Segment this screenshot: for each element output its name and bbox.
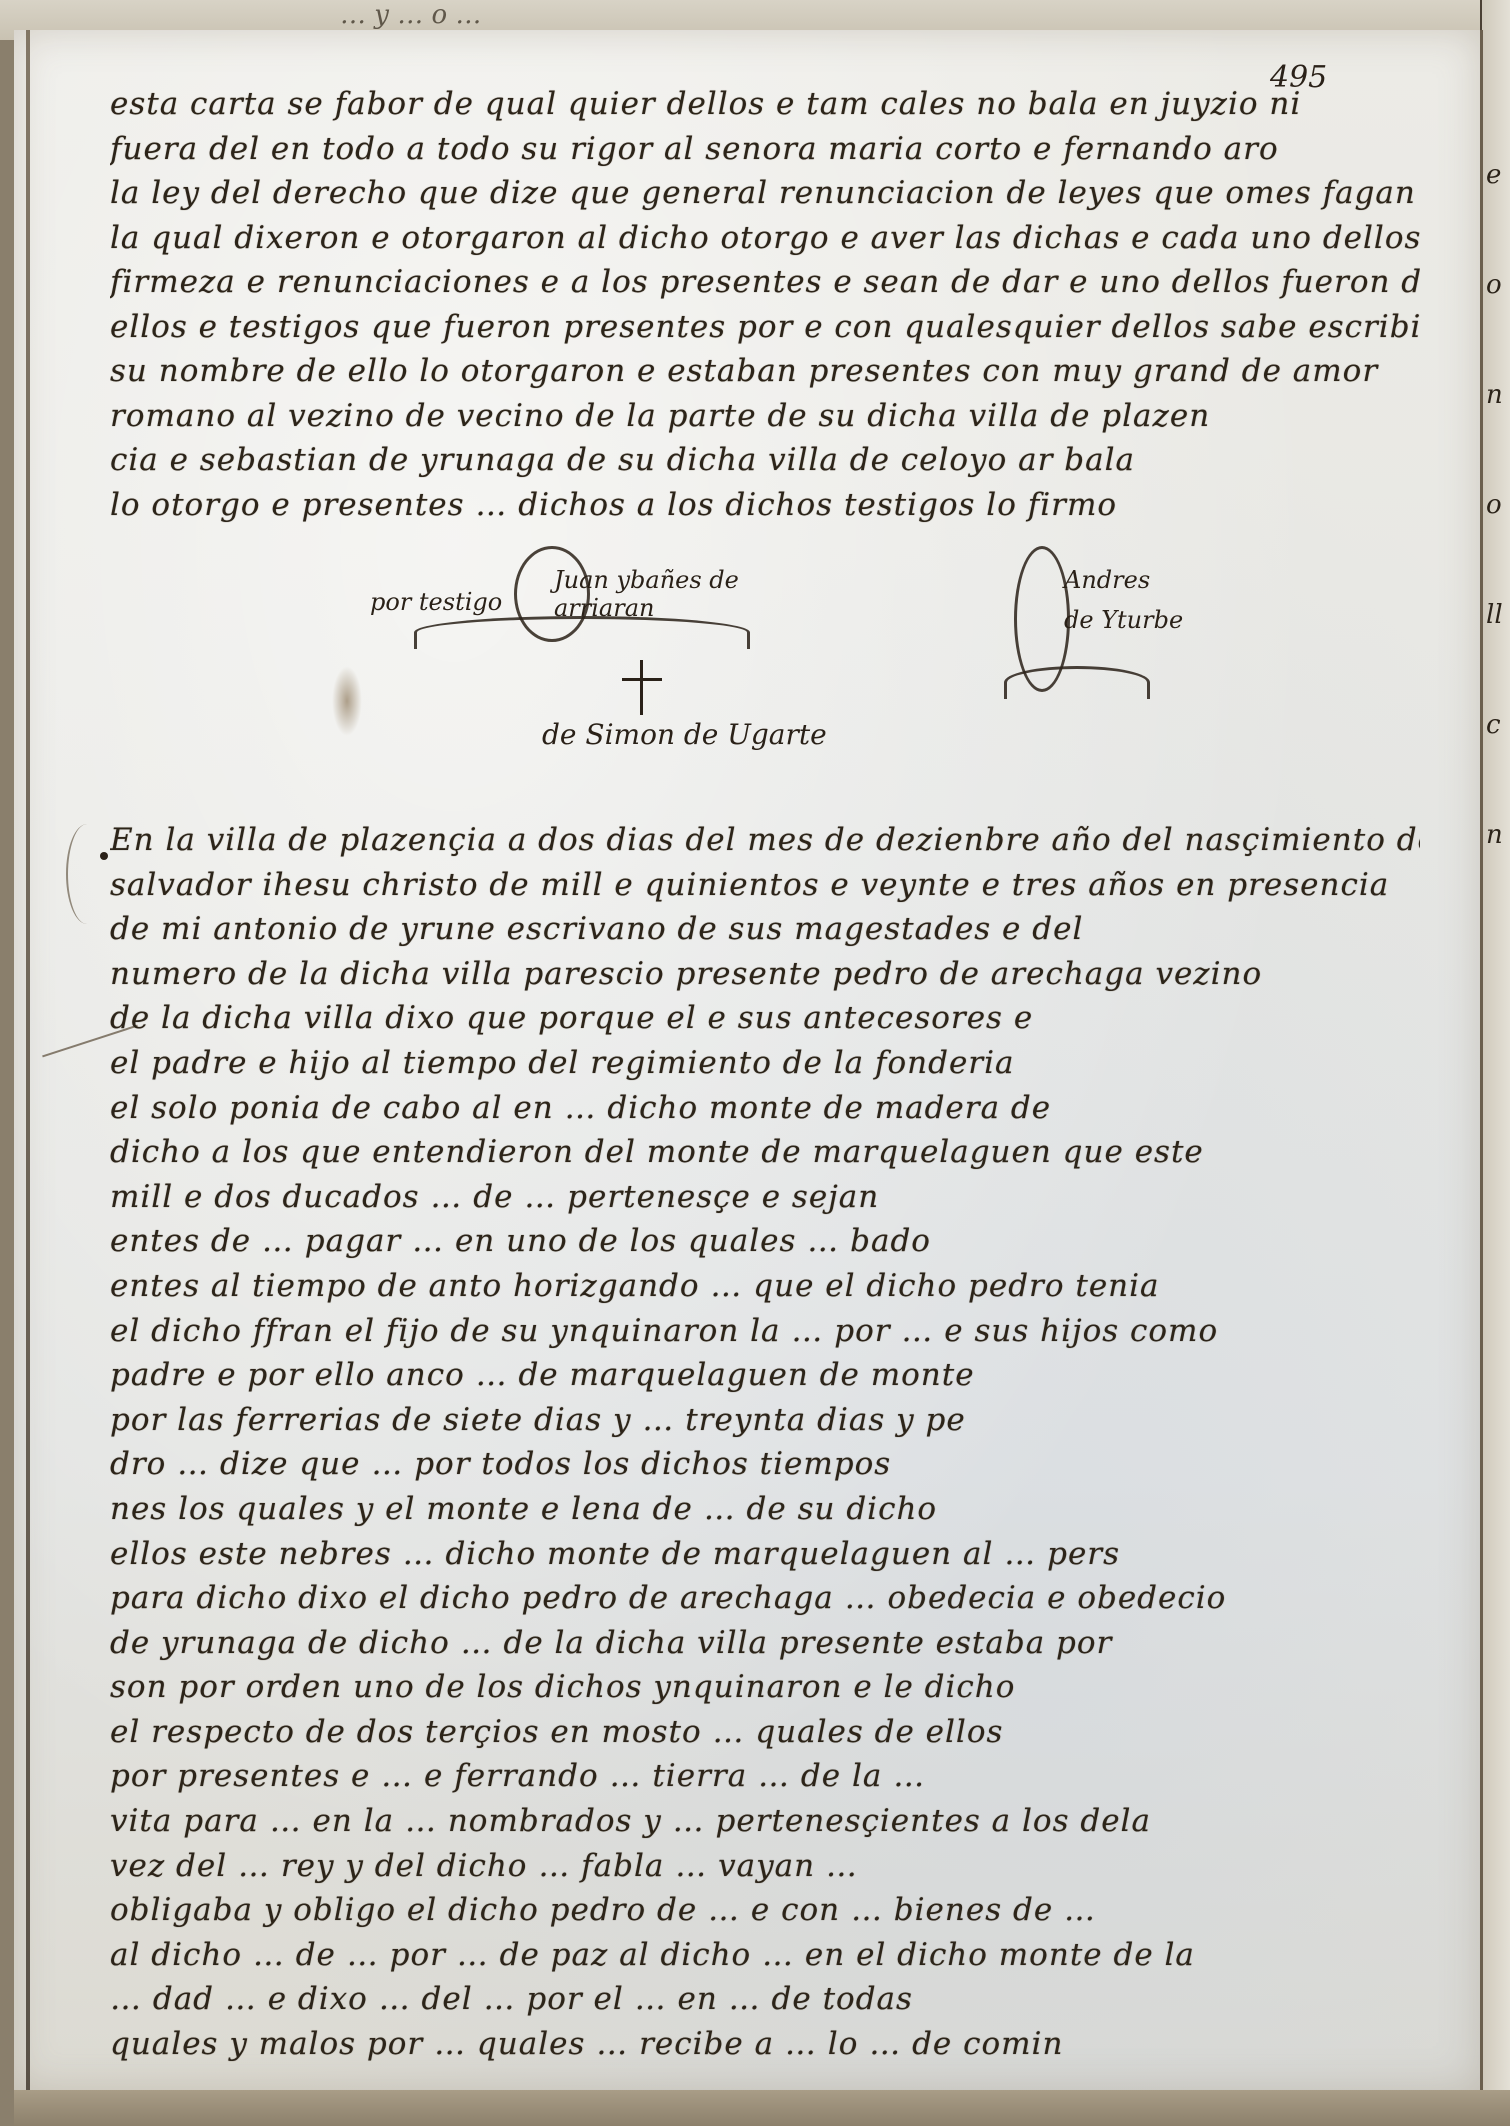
manuscript-line: dro … dize que … por todos los dichos ti… [110, 1442, 1420, 1487]
manuscript-line: la qual dixeron e otorgaron al dicho oto… [110, 216, 1420, 261]
manuscript-line: quales y malos por … quales … recibe a …… [110, 2022, 1420, 2067]
text-block-main-deed: En la villa de plazençia a dos dias del … [110, 818, 1420, 2067]
manuscript-line: el solo ponia de cabo al en … dicho mont… [110, 1086, 1420, 1131]
manuscript-line: de mi antonio de yrune escrivano de sus … [110, 907, 1420, 952]
manuscript-line: obligaba y obligo el dicho pedro de … e … [110, 1888, 1420, 1933]
manuscript-line: la ley del derecho que dize que general … [110, 171, 1420, 216]
binding-gutter-line [26, 30, 30, 2090]
manuscript-line: ellos e testigos que fueron presentes po… [110, 305, 1420, 350]
signature-right: Andres de Yturbe [1064, 566, 1183, 634]
manuscript-line: vez del … rey y del dicho … fabla … vaya… [110, 1844, 1420, 1889]
manuscript-line: ellos este nebres … dicho monte de marqu… [110, 1532, 1420, 1577]
margin-bracket-mark [66, 824, 108, 924]
manuscript-line: por las ferrerias de siete dias y … trey… [110, 1398, 1420, 1443]
ink-stain [332, 666, 362, 736]
manuscript-line: mill e dos ducados … de … pertenesçe e s… [110, 1175, 1420, 1220]
signature-underline-flourish [414, 616, 750, 649]
manuscript-line: lo otorgo e presentes … dichos a los dic… [110, 483, 1420, 528]
cross-mark-icon [622, 660, 662, 720]
manuscript-line: el dicho ffran el fijo de su ynquinaron … [110, 1309, 1420, 1354]
manuscript-line: el padre e hijo al tiempo del regimiento… [110, 1041, 1420, 1086]
signature-left-name: Juan ybañes de arriaran [554, 566, 739, 622]
section-heading: de Simon de Ugarte [542, 718, 827, 751]
manuscript-line: al dicho … de … por … de paz al dicho … … [110, 1933, 1420, 1978]
manuscript-line: nes los quales y el monte e lena de … de… [110, 1487, 1420, 1532]
manuscript-folio: 495 esta carta se fabor de qual quier de… [14, 30, 1483, 2093]
page-bottom-edge [14, 2090, 1510, 2126]
manuscript-line: numero de la dicha villa parescio presen… [110, 952, 1420, 997]
manuscript-line: el respecto de dos terçios en mosto … qu… [110, 1710, 1420, 1755]
manuscript-line: dicho a los que entendieron del monte de… [110, 1130, 1420, 1175]
signature-left: por testigo [370, 588, 502, 616]
manuscript-line: entes de … pagar … en uno de los quales … [110, 1219, 1420, 1264]
previous-page-text: … y … o … [340, 0, 481, 30]
manuscript-line: de yrunaga de dicho … de la dicha villa … [110, 1621, 1420, 1666]
manuscript-line: salvador ihesu christo de mill e quinien… [110, 863, 1420, 908]
adjacent-page-edge: e o n o ll c n [1480, 0, 1510, 2126]
manuscript-line: vita para … en la … nombrados y … perten… [110, 1799, 1420, 1844]
manuscript-line: para dicho dixo el dicho pedro de arecha… [110, 1576, 1420, 1621]
manuscript-line: padre e por ello anco … de marquelaguen … [110, 1353, 1420, 1398]
manuscript-line: romano al vezino de vecino de la parte d… [110, 394, 1420, 439]
manuscript-line: su nombre de ello lo otorgaron e estaban… [110, 349, 1420, 394]
manuscript-line: por presentes e … e ferrando … tierra … … [110, 1754, 1420, 1799]
manuscript-line: En la villa de plazençia a dos dias del … [110, 818, 1420, 863]
manuscript-line: firmeza e renunciaciones e a los present… [110, 260, 1420, 305]
manuscript-line: de la dicha villa dixo que porque el e s… [110, 996, 1420, 1041]
signature-prefix: por testigo [370, 588, 502, 616]
text-block-closing-clauses: esta carta se fabor de qual quier dellos… [110, 82, 1420, 527]
manuscript-line: cia e sebastian de yrunaga de su dicha v… [110, 438, 1420, 483]
signature-underline-flourish [1004, 666, 1150, 699]
manuscript-line: esta carta se fabor de qual quier dellos… [110, 82, 1420, 127]
adjacent-page-letters: e o n o ll c n [1486, 120, 1506, 890]
manuscript-line: entes al tiempo de anto horizgando … que… [110, 1264, 1420, 1309]
manuscript-line: son por orden uno de los dichos ynquinar… [110, 1665, 1420, 1710]
manuscript-line: fuera del en todo a todo su rigor al sen… [110, 127, 1420, 172]
manuscript-line: … dad … e dixo … del … por el … en … de … [110, 1977, 1420, 2022]
margin-dot-mark [100, 852, 108, 860]
